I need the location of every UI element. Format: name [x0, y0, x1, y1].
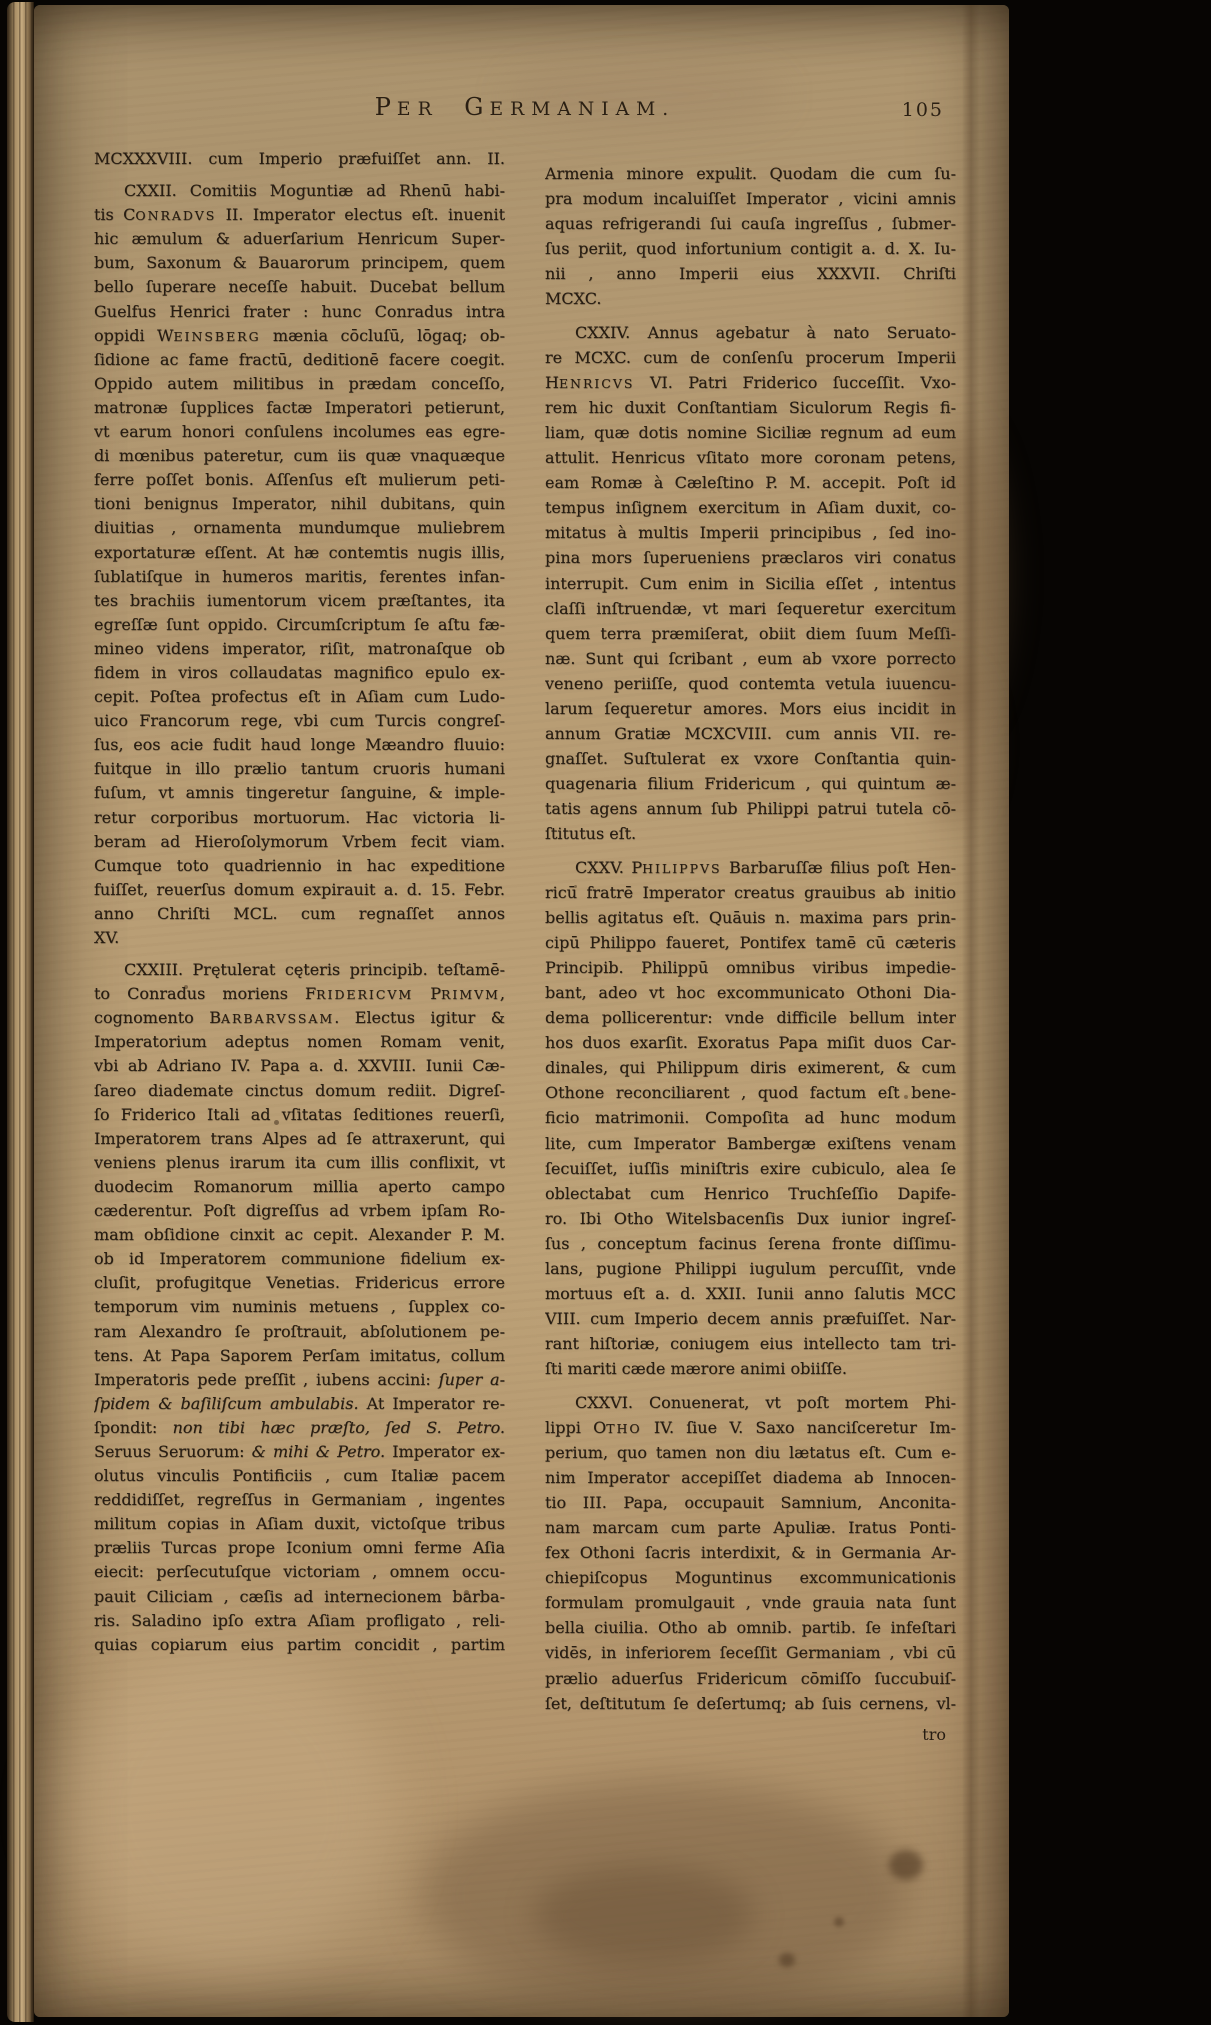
text-line: mitatus à multis Imperii principibus , ſ…: [545, 520, 956, 545]
text-line: CXXVI. Conuenerat, vt poſt mortem Phi-: [545, 1390, 956, 1415]
text-column-left: MCXXXVIII. cum Imperio præfuiſſet ann. I…: [94, 147, 505, 1657]
text-line: bello ſuperare neceſſe habuit. Ducebat b…: [94, 275, 505, 299]
text-line: lite, cum Imperator Bambergæ exiſtens ve…: [545, 1131, 956, 1156]
text-column-right: Armenia minore expulit. Quodam die cum ſ…: [545, 161, 956, 1747]
page-fold-shadow: [962, 5, 980, 2017]
text-line: næ. Sunt qui ſcribant , eum ab vxore por…: [545, 646, 956, 671]
text-line: oblectabat cum Henrico Truchſeſſio Dapif…: [545, 1181, 956, 1206]
text-line: ſtitutus eſt.: [545, 821, 956, 846]
text-line: ſti mariti cæde mærore animi obiiſſe.: [545, 1356, 956, 1381]
text-line: larum ſequeretur amores. Mors eius incid…: [545, 696, 956, 721]
text-line: ſus, eos acie fudit haud longe Mæandro f…: [94, 733, 505, 757]
text-line: ſus periit, quod infortunium contigit a.…: [545, 236, 956, 261]
text-line: mineo videns imperator, riſit, matronaſq…: [94, 637, 505, 661]
text-line: ficio matrimonii. Compoſita ad hunc modu…: [545, 1105, 956, 1130]
text-line: Cumque toto quadriennio in hac expeditio…: [94, 854, 505, 878]
text-line: olutus vinculis Pontificiis , cum Italiæ…: [94, 1464, 505, 1488]
text-line: MCXC.: [545, 286, 956, 311]
running-header-row: Per Germaniam. 105: [94, 93, 956, 133]
text-line: militum copias in Aſiam duxit, victoſque…: [94, 1512, 505, 1536]
text-line: tis Conradvs II. Imperator electus eſt. …: [94, 203, 505, 227]
text-line: re MCXC. cum de conſenſu procerum Imperi…: [545, 345, 956, 370]
text-line: to Conradus moriens Fridericvm Primvm,: [94, 982, 505, 1006]
text-line: aquas refrigerandi ſui cauſa ingreſſus ,…: [545, 211, 956, 236]
text-line: cognomento Barbarvssam. Electus igitur &: [94, 1006, 505, 1030]
text-line: bellis agitatus eſt. Quāuis n. maxima pa…: [545, 905, 956, 930]
text-line: oppidi Weinsberg mænia cōcluſū, lōgaq; o…: [94, 324, 505, 348]
text-line: Principib. Philippū omnibus viribus impe…: [545, 955, 956, 980]
text-line: tio III. Papa, occupauit Samnium, Anconi…: [545, 1490, 956, 1515]
page-edges: [7, 2, 34, 2022]
text-line: ſecuiſſet, iuſſis miniſtris exire cubicu…: [545, 1156, 956, 1181]
text-line: Imperatorium adeptus nomen Romam venit,: [94, 1030, 505, 1054]
text-line: beram ad Hieroſolymorum Vrbem fecit viam…: [94, 830, 505, 854]
text-line: pauit Ciliciam , cæſis ad internecionem …: [94, 1585, 505, 1609]
text-line: ſpondit: non tibi hæc præſto, ſed S. Pet…: [94, 1416, 505, 1440]
text-line: vidēs, in inferiorem ſeceſſit Germaniam …: [545, 1640, 956, 1665]
text-line: ris. Saladino ipſo extra Aſiam profligat…: [94, 1609, 505, 1633]
text-line: perium, quo tamen non diu lætatus eſt. C…: [545, 1440, 956, 1465]
text-line: cluſit, profugitque Venetias. Fridericus…: [94, 1271, 505, 1295]
text-line: di mœnibus pateretur, cum iis quæ vnaquæ…: [94, 444, 505, 468]
paragraph: Armenia minore expulit. Quodam die cum ſ…: [545, 161, 956, 312]
text-line: tes brachiis iumentorum vicem præſtantes…: [94, 589, 505, 613]
text-line: vbi ab Adriano IV. Papa a. d. XXVIII. Iu…: [94, 1054, 505, 1078]
catchword: tro: [545, 1722, 956, 1747]
text-line: tioni benignus Imperator, nihil dubitans…: [94, 492, 505, 516]
page-number: 105: [902, 99, 944, 121]
text-line: Guelfus Henrici frater : hunc Conradus i…: [94, 300, 505, 324]
stain: [834, 1917, 844, 1927]
text-line: tens. At Papa Saporem Perſam imitatus, c…: [94, 1344, 505, 1368]
text-line: CXXII. Comitiis Moguntiæ ad Rhenū habi-: [94, 179, 505, 203]
book-page: Per Germaniam. 105 MCXXXVIII. cum Imperi…: [34, 5, 1009, 2017]
stain: [420, 1780, 910, 2010]
text-line: quias copiarum eius partim concidit , pa…: [94, 1633, 505, 1657]
text-line: rant hiſtoriæ, coniugem eius intellecto …: [545, 1331, 956, 1356]
text-line: fex Othoni ſacris interdixit, & in Germa…: [545, 1540, 956, 1565]
text-line: ſpidem & baſiliſcum ambulabis. At Impera…: [94, 1392, 505, 1416]
text-line: Oppido autem militibus in prædam conceſſ…: [94, 372, 505, 396]
text-line: chiepiſcopus Moguntinus excommunicationi…: [545, 1565, 956, 1590]
paragraph: CXXII. Comitiis Moguntiæ ad Rhenū habi-t…: [94, 179, 505, 950]
text-line: claſſi inſtruendæ, vt mari ſequeretur ex…: [545, 596, 956, 621]
text-line: ram Alexandro ſe proſtrauit, abſolutione…: [94, 1320, 505, 1344]
text-line: tempus inſignem exercitum in Aſiam duxit…: [545, 495, 956, 520]
text-line: liam, quæ dotis nomine Siciliæ regnum ad…: [545, 420, 956, 445]
text-line: Othone reconciliarent , quod factum eſt …: [545, 1080, 956, 1105]
text-line: lippi Otho IV. ſiue V. Saxo nanciſceretu…: [545, 1415, 956, 1440]
text-line: lans, pugione Philippi iugulum percuſſit…: [545, 1256, 956, 1281]
text-line: reddidiſſet, regreſſus in Germaniam , in…: [94, 1488, 505, 1512]
text-line: cæderentur. Poſt digreſſus ad vrbem ipſa…: [94, 1199, 505, 1223]
text-line: CXXIV. Annus agebatur à nato Seruato-: [545, 320, 956, 345]
text-line: bum, Saxonum & Bauarorum principem, quem: [94, 251, 505, 275]
text-line: hic æmulum & aduerſarium Henricum Super-: [94, 227, 505, 251]
text-line: ro. Ibi Otho Witelsbacenſis Dux iunior i…: [545, 1206, 956, 1231]
text-line: ſareo diademate cinctus domum rediit. Di…: [94, 1079, 505, 1103]
text-line: rem hic duxit Conſtantiam Siculorum Regi…: [545, 395, 956, 420]
text-line: eiecit: perſecutuſque victoriam , omnem …: [94, 1560, 505, 1584]
paragraph: CXXVI. Conuenerat, vt poſt mortem Phi-li…: [545, 1390, 956, 1716]
text-line: ob id Imperatorem communione fidelium ex…: [94, 1247, 505, 1271]
text-line: uico Francorum rege, vbi cum Turcis cong…: [94, 709, 505, 733]
text-line: Imperatorem trans Alpes ad ſe attraxerun…: [94, 1127, 505, 1151]
stain: [779, 1953, 795, 1967]
text-line: hos duos exarſit. Exoratus Papa miſit du…: [545, 1030, 956, 1055]
text-line: fuiſſet, reuerſus domum expirauit a. d. …: [94, 878, 505, 902]
paragraph: CXXIV. Annus agebatur à nato Seruato-re …: [545, 320, 956, 847]
text-line: fidem in viros collaudatas magnifico epu…: [94, 661, 505, 685]
text-line: ſus , conceptum facinus ſerena fronte di…: [545, 1231, 956, 1256]
stain: [534, 1865, 754, 1965]
text-line: Armenia minore expulit. Quodam die cum ſ…: [545, 161, 956, 186]
text-line: ricū fratrē Imperator creatus grauibus a…: [545, 880, 956, 905]
text-line: duodecim Romanorum millia aperto campo: [94, 1175, 505, 1199]
text-line: retur corporibus mortuorum. Hac victoria…: [94, 806, 505, 830]
text-line: quem terra præmiſerat, obiit diem ſuum M…: [545, 621, 956, 646]
text-line: dinales, qui Philippum diris eximerent, …: [545, 1055, 956, 1080]
text-line: VIII. cum Imperio decem annis præfuiſſet…: [545, 1306, 956, 1331]
text-line: veneno periiſſe, quod contemta vetula iu…: [545, 671, 956, 696]
text-line: tatis agens annum ſub Philippi patrui tu…: [545, 796, 956, 821]
text-line: pina mors ſuperueniens præclaros viri co…: [545, 545, 956, 570]
text-line: diuitias , ornamenta mundumque muliebrem: [94, 516, 505, 540]
text-line: dema pollicerentur: vnde difficile bellu…: [545, 1005, 956, 1030]
text-line: fuitque in illo prælio tantum cruoris hu…: [94, 757, 505, 781]
text-line: vt earum honori conſulens incolumes eas …: [94, 420, 505, 444]
text-line: exportaturæ eſſent. At hæ contemtis nugi…: [94, 541, 505, 565]
text-line: anno Chriſti MCL. cum regnaſſet annos: [94, 902, 505, 926]
text-line: fuſum, vt amnis tingeretur ſanguine, & i…: [94, 781, 505, 805]
text-line: quagenaria filium Fridericum , qui quint…: [545, 771, 956, 796]
text-line: cepit. Poſtea profectus eſt in Aſiam cum…: [94, 685, 505, 709]
text-line: veniens plenus irarum ita cum illis conf…: [94, 1151, 505, 1175]
text-line: ſet, deſtitutum ſe deſertumq; ab ſuis ce…: [545, 1691, 956, 1716]
text-line: mortuus eſt a. d. XXII. Iunii anno ſalut…: [545, 1281, 956, 1306]
text-line: mam obſidione cinxit ac cepit. Alexander…: [94, 1223, 505, 1247]
text-line: CXXIII. Prętulerat cęteris principib. te…: [94, 958, 505, 982]
paragraph: CXXV. Philippvs Barbaruſſæ filius poſt H…: [545, 855, 956, 1382]
text-line: nim Imperator accepiſſet diadema ab Inno…: [545, 1465, 956, 1490]
text-line: bella ciuilia. Otho ab omnib. partib. ſe…: [545, 1615, 956, 1640]
text-line: XV.: [94, 926, 505, 950]
text-line: ſublatiſque in humeros maritis, ferentes…: [94, 565, 505, 589]
text-line: ſidione ac fame fractū, deditionē facere…: [94, 348, 505, 372]
text-line: cipū Philippo faueret, Pontifex tamē cū …: [545, 930, 956, 955]
text-line: gnaſſet. Suſtulerat ex vxore Conſtantia …: [545, 746, 956, 771]
text-line: Seruus Seruorum: & mihi & Petro. Imperat…: [94, 1440, 505, 1464]
text-line: nam marcam cum parte Apuliæ. Iratus Pont…: [545, 1515, 956, 1540]
paragraph: MCXXXVIII. cum Imperio præfuiſſet ann. I…: [94, 147, 505, 171]
text-line: prælio aduerſus Fridericum cōmiſſo ſuccu…: [545, 1666, 956, 1691]
text-line: MCXXXVIII. cum Imperio præfuiſſet ann. I…: [94, 147, 505, 171]
text-line: interrupit. Cum enim in Sicilia eſſet , …: [545, 571, 956, 596]
text-line: Henricvs VI. Patri Friderico ſucceſſit. …: [545, 370, 956, 395]
text-line: eam Romæ à Cæleſtino P. M. accepit. Poſt…: [545, 470, 956, 495]
book-photo: { "page": { "header": { "title": "PER GE…: [0, 0, 1211, 2025]
stain: [889, 1850, 923, 1880]
text-line: attulit. Henricus vſitato more coronam p…: [545, 445, 956, 470]
text-columns: MCXXXVIII. cum Imperio præfuiſſet ann. I…: [94, 147, 956, 1747]
text-line: formulam promulgauit , vnde grauia nata …: [545, 1590, 956, 1615]
text-line: bant, adeo vt hoc excommunicato Othoni D…: [545, 980, 956, 1005]
text-line: pra modum incaluiſſet Imperator , vicini…: [545, 186, 956, 211]
text-line: ſo Friderico Itali ad vſitatas ſeditione…: [94, 1103, 505, 1127]
text-line: ferre poſſet bonis. Aſſenſus eſt mulieru…: [94, 468, 505, 492]
text-line: temporum vim numinis metuens , ſupplex c…: [94, 1295, 505, 1319]
text-line: annum Gratiæ MCXCVIII. cum annis VII. re…: [545, 721, 956, 746]
text-line: præliis Turcas prope Iconium omni ferme …: [94, 1536, 505, 1560]
text-line: matronæ ſupplices factæ Imperatori petie…: [94, 396, 505, 420]
text-line: egreſſæ ſunt oppido. Circumſcriptum ſe a…: [94, 613, 505, 637]
text-line: nii , anno Imperii eius XXXVII. Chriſti: [545, 261, 956, 286]
text-line: CXXV. Philippvs Barbaruſſæ filius poſt H…: [545, 855, 956, 880]
paragraph: CXXIII. Prętulerat cęteris principib. te…: [94, 958, 505, 1657]
running-header: Per Germaniam.: [94, 93, 956, 121]
text-line: Imperatoris pede preſſit , iubens accini…: [94, 1368, 505, 1392]
